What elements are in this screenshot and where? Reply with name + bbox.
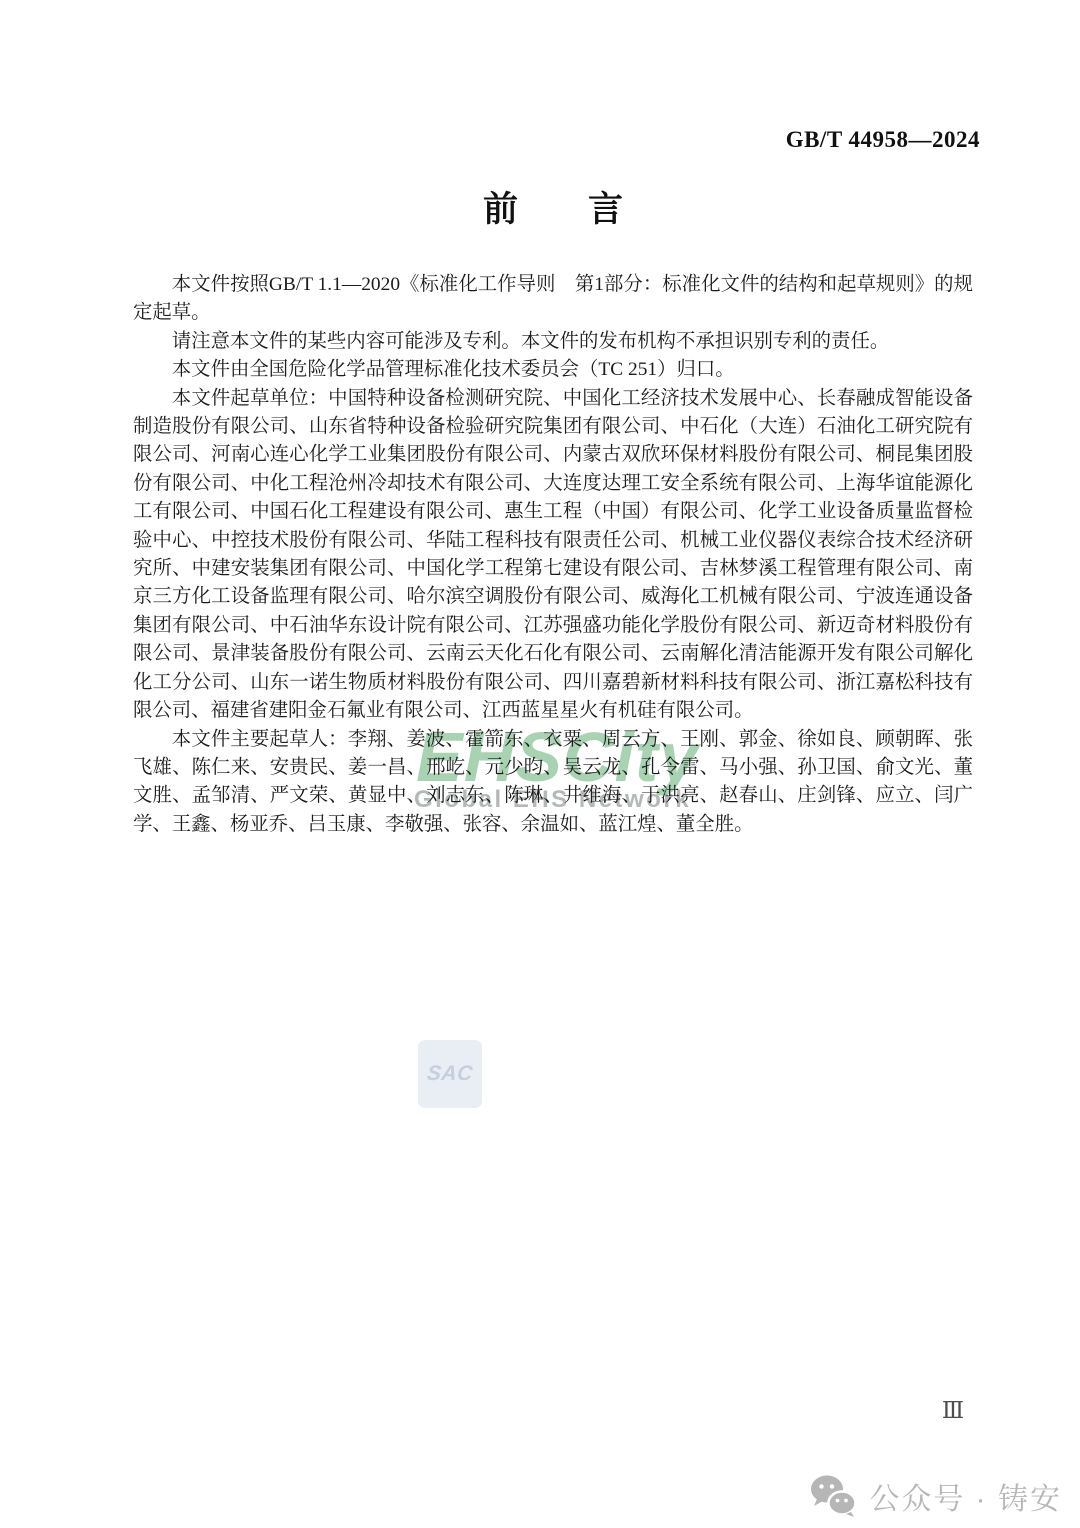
paragraph-drafting-organizations: 本文件起草单位：中国特种设备检测研究院、中国化工经济技术发展中心、长春融成智能设… [133,385,973,726]
paragraph-main-drafters: 本文件主要起草人：李翔、姜波、霍箭东、衣粟、周云方、王刚、郭金、徐如良、顾朝晖、… [133,726,973,840]
sac-logo-watermark: SAC [418,1040,482,1108]
foreword-body: 本文件按照GB/T 1.1—2020《标准化工作导则 第1部分：标准化文件的结构… [133,271,973,839]
paragraph-drafting-rule: 本文件按照GB/T 1.1—2020《标准化工作导则 第1部分：标准化文件的结构… [133,271,973,328]
standard-code: GB/T 44958—2024 [786,127,980,153]
page-number: Ⅲ [933,1398,973,1424]
wechat-icon [809,1474,857,1518]
wechat-footer: 公众号 · 铸安 [809,1474,1062,1518]
sac-logo-text: SAC [426,1062,474,1086]
wechat-account-label: 公众号 · 铸安 [869,1474,1062,1518]
page-title: 前 言 [133,182,973,232]
document-page: GB/T 44958—2024 前 言 EHSCity Global EHS N… [0,0,1080,1528]
paragraph-patent-notice: 请注意本文件的某些内容可能涉及专利。本文件的发布机构不承担识别专利的责任。 [133,328,973,356]
paragraph-committee: 本文件由全国危险化学品管理标准化技术委员会（TC 251）归口。 [133,356,973,384]
